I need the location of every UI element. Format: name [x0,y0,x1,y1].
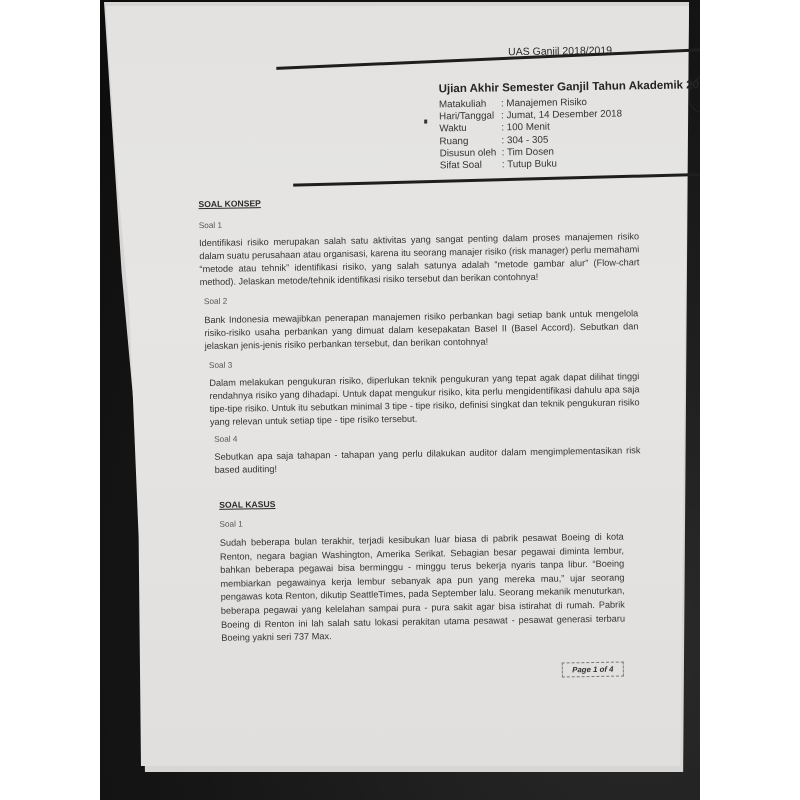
question-text: Identifikasi risiko merupakan salah satu… [199,230,640,289]
question-label: Soal 2 [204,297,227,306]
page-indicator: Page 1 of 4 [562,662,624,678]
question-text: Sudah beberapa bulan terakhir, terjadi k… [220,531,626,646]
paper-content: UAS Ganjil 2018/2019 Ujian Akhir Semeste… [100,0,700,800]
question-label: Soal 4 [214,435,237,444]
exam-title: Ujian Akhir Semester Ganjil Tahun Akadem… [439,79,700,96]
ink-dot [424,120,427,124]
section-title-kasus: SOAL KASUS [219,499,275,510]
section-title-konsep: SOAL KONSEP [198,198,261,209]
question-label: Soal 1 [199,221,222,230]
header-divider-bottom [293,173,700,187]
meta-row: Sifat Soal: Tutup Buku [440,157,623,172]
exam-meta: Matakuliah: Manajemen Risiko Hari/Tangga… [439,96,623,172]
question-label: Soal 1 [219,519,242,528]
question-text: Bank Indonesia mewajibkan penerapan mana… [204,307,639,353]
question-label: Soal 3 [209,361,232,370]
document-photo: UAS Ganjil 2018/2019 Ujian Akhir Semeste… [100,0,700,800]
question-text: Sebutkan apa saja tahapan - tahapan yang… [214,444,640,477]
header-divider-top [276,48,700,70]
question-text: Dalam melakukan pengukuran risiko, diper… [209,370,640,429]
